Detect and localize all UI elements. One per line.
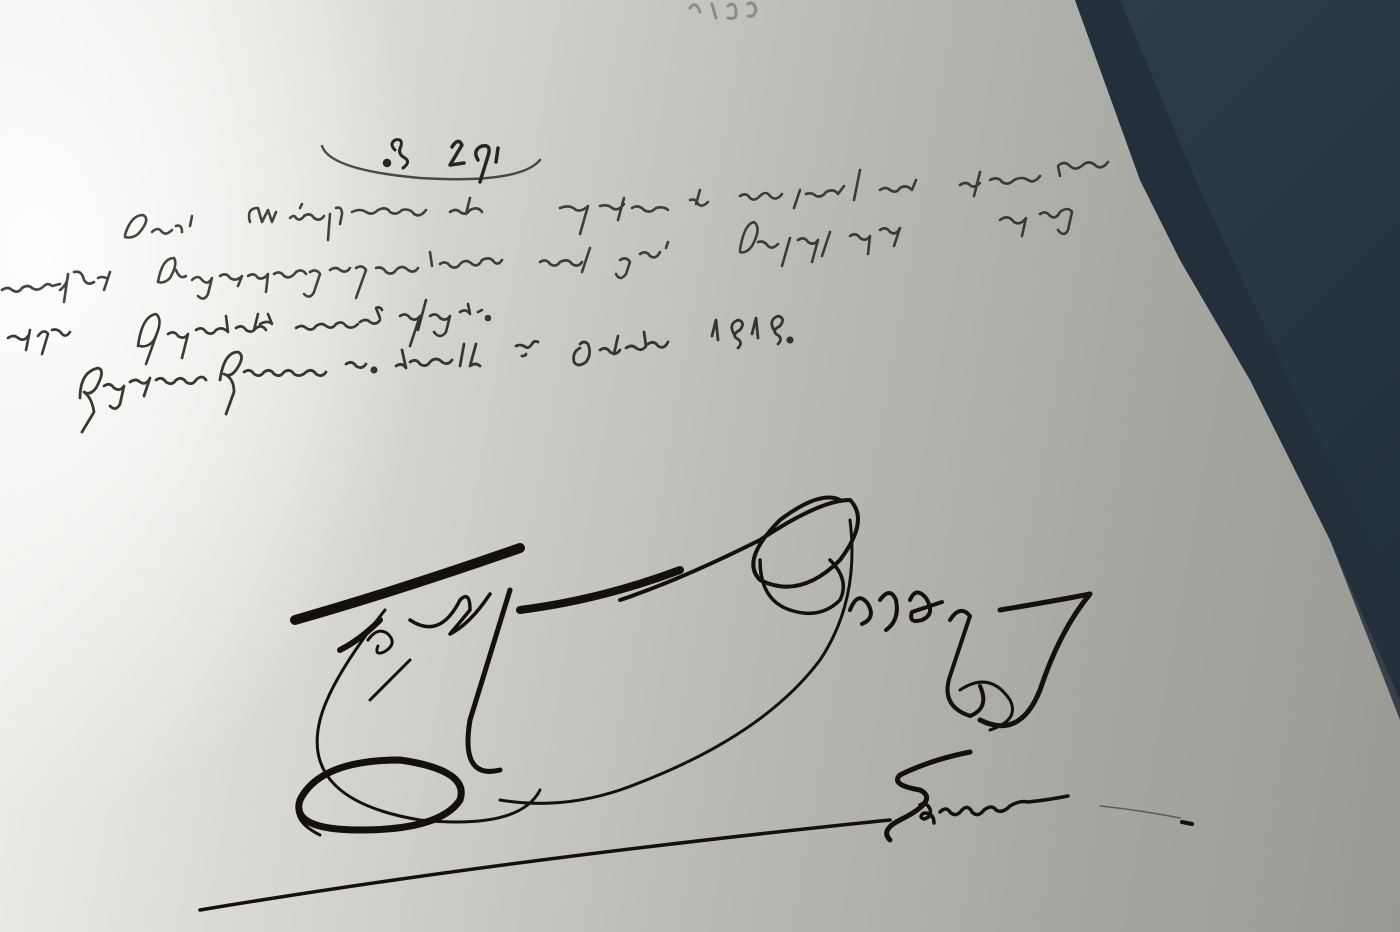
body-line-1 [125, 162, 1108, 240]
body-line-3 [8, 300, 490, 364]
section-mark [322, 140, 540, 182]
body-line-2 [2, 209, 1072, 302]
signature-ernst-august [295, 498, 1090, 836]
page-number-mark [690, 3, 756, 19]
handwriting-layer [0, 0, 1400, 932]
